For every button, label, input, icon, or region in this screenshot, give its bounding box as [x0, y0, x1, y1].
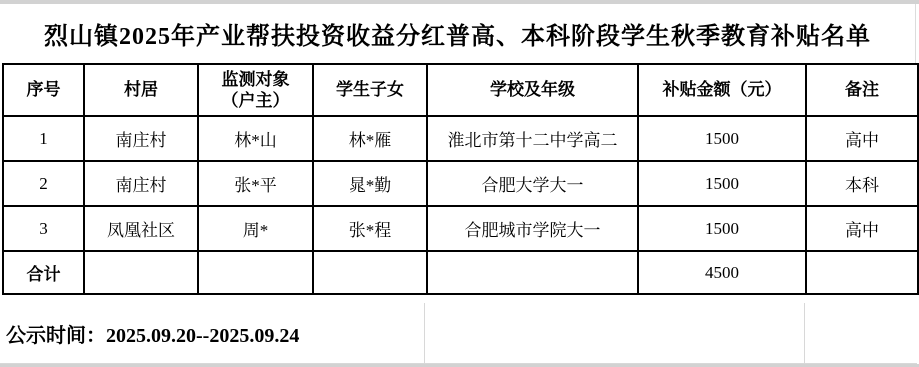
cell-amount: 1500	[638, 116, 806, 161]
col-header-index: 序号	[3, 64, 84, 116]
cell-amount: 1500	[638, 161, 806, 206]
cell-school: 合肥城市学院大一	[427, 206, 638, 251]
cell-empty	[84, 251, 198, 294]
cell-householder: 张*平	[198, 161, 313, 206]
cell-village: 南庄村	[84, 161, 198, 206]
col-header-village: 村居	[84, 64, 198, 116]
cell-remark: 高中	[806, 116, 918, 161]
table-row: 1 南庄村 林*山 林*雁 淮北市第十二中学高二 1500 高中	[3, 116, 918, 161]
col-header-monitored-householder: 监测对象 （户主）	[198, 64, 313, 116]
col-header-school-grade: 学校及年级	[427, 64, 638, 116]
col-header-subsidy-amount: 补贴金额（元）	[638, 64, 806, 116]
cell-householder: 林*山	[198, 116, 313, 161]
total-amount: 4500	[638, 251, 806, 294]
cell-village: 凤凰社区	[84, 206, 198, 251]
cell-student: 晁*勤	[313, 161, 427, 206]
cell-amount: 1500	[638, 206, 806, 251]
cell-empty	[198, 251, 313, 294]
table-row: 2 南庄村 张*平 晁*勤 合肥大学大一 1500 本科	[3, 161, 918, 206]
cell-index: 2	[3, 161, 84, 206]
cell-school: 淮北市第十二中学高二	[427, 116, 638, 161]
footer-cell-publicity: 公示时间：2025.09.20--2025.09.24	[0, 303, 425, 363]
table-header-row: 序号 村居 监测对象 （户主） 学生子女 学校及年级 补贴金额（元） 备注	[3, 64, 918, 116]
cell-village: 南庄村	[84, 116, 198, 161]
publicity-period-text: 公示时间：2025.09.20--2025.09.24	[6, 319, 299, 348]
subsidy-table: 序号 村居 监测对象 （户主） 学生子女 学校及年级 补贴金额（元） 备注 1 …	[2, 63, 919, 295]
cell-student: 张*程	[313, 206, 427, 251]
table-row: 3 凤凰社区 周* 张*程 合肥城市学院大一 1500 高中	[3, 206, 918, 251]
cell-index: 1	[3, 116, 84, 161]
cell-student: 林*雁	[313, 116, 427, 161]
total-label: 合计	[3, 251, 84, 294]
footer-row: 公示时间：2025.09.20--2025.09.24	[0, 303, 917, 364]
cell-empty	[313, 251, 427, 294]
footer-cell-empty	[425, 303, 805, 363]
cell-remark: 高中	[806, 206, 918, 251]
footer-cell-empty	[805, 303, 917, 363]
cell-empty	[806, 251, 918, 294]
cell-index: 3	[3, 206, 84, 251]
notice-page: 烈山镇2025年产业帮扶投资收益分红普高、本科阶段学生秋季教育补贴名单 序号 村…	[0, 0, 919, 367]
col-header-remarks: 备注	[806, 64, 918, 116]
cell-school: 合肥大学大一	[427, 161, 638, 206]
table-total-row: 合计 4500	[3, 251, 918, 294]
col-header-student-child: 学生子女	[313, 64, 427, 116]
page-title: 烈山镇2025年产业帮扶投资收益分红普高、本科阶段学生秋季教育补贴名单	[0, 4, 916, 63]
cell-householder: 周*	[198, 206, 313, 251]
cell-empty	[427, 251, 638, 294]
cell-remark: 本科	[806, 161, 918, 206]
